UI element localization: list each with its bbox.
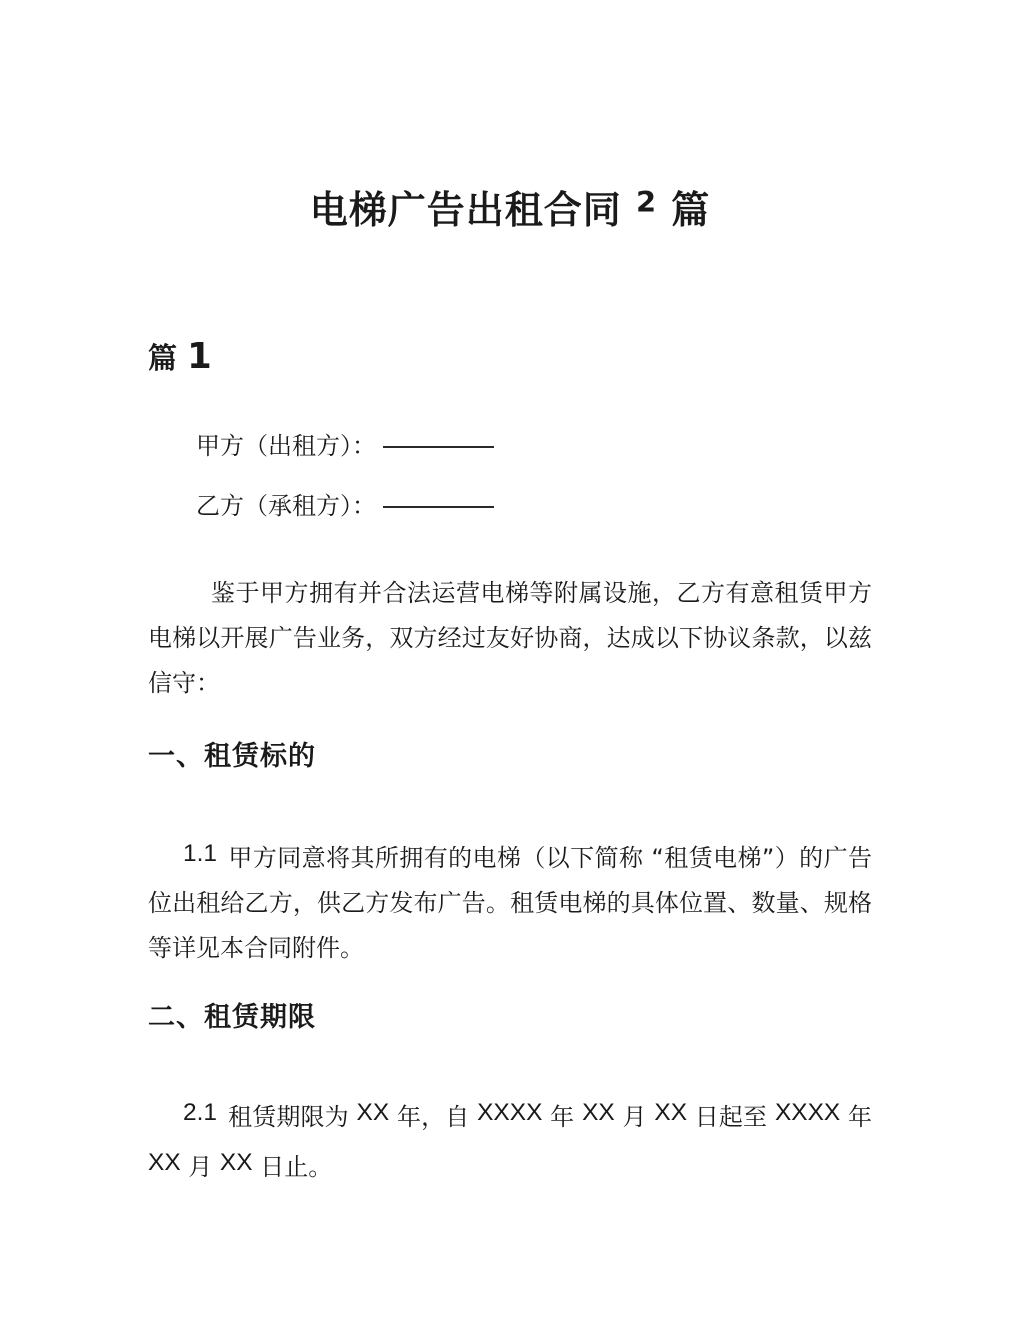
latin-text-run: XXXX	[775, 1099, 840, 1126]
party-line-lessee: 乙方（承租方）：	[196, 490, 494, 522]
section-heading-part-1: 篇 1	[148, 337, 212, 378]
clause-item-1-1: 1.1甲方同意将其所拥有的电梯（以下简称 “租赁电梯”）的广告位出租给乙方，供乙…	[148, 831, 872, 971]
cjk-text-run: 日止。	[253, 1153, 333, 1181]
latin-text-run: XX	[654, 1099, 687, 1126]
cjk-text-run: 年，自	[389, 1103, 477, 1131]
fill-in-blank-line	[383, 436, 494, 448]
latin-text-run: 1	[187, 336, 212, 377]
latin-text-run: XX	[357, 1099, 390, 1126]
clause-text: 甲方同意将其所拥有的电梯（以下简称 “租赁电梯”）的广告位出租给乙方，供乙方发布…	[148, 844, 872, 962]
cjk-text-run: 月	[181, 1153, 220, 1181]
cjk-text-run: 月	[615, 1103, 655, 1131]
latin-text-run: 2	[636, 185, 657, 219]
latin-text-run: XX	[582, 1099, 615, 1126]
cjk-text-run: 甲方同意将其所拥有的电梯（以下简称 “租赁电梯”）的广告位出租给乙方，供乙方发布…	[148, 844, 872, 962]
latin-text-run: XX	[148, 1149, 181, 1176]
document-page: 电梯广告出租合同 2 篇 篇 1 甲方（出租方）： 乙方（承租方）： 鉴于甲方拥…	[0, 0, 1020, 1320]
preamble-paragraph: 鉴于甲方拥有并合法运营电梯等附属设施，乙方有意租赁甲方电梯以开展广告业务，双方经…	[148, 571, 872, 706]
clause-text: 租赁期限为 XX 年，自 XXXX 年 XX 月 XX 日起至 XXXX 年 X…	[148, 1103, 872, 1181]
clause-number: 1.1	[183, 840, 217, 867]
latin-text-run: XXXX	[477, 1099, 542, 1126]
clause-heading-2-term: 二、租赁期限	[148, 1000, 316, 1036]
fill-in-blank-line	[383, 496, 494, 508]
cjk-text-run: 篇	[148, 341, 187, 375]
document-title: 电梯广告出租合同 2 篇	[0, 178, 1020, 234]
party-line-lessor: 甲方（出租方）：	[196, 430, 494, 462]
cjk-text-run: 租赁期限为	[228, 1103, 357, 1131]
party-label-lessor: 甲方（出租方）：	[196, 432, 376, 460]
cjk-text-run: 年	[840, 1103, 872, 1131]
cjk-text-run: 篇	[657, 188, 710, 232]
latin-text-run: XX	[220, 1149, 253, 1176]
party-label-lessee: 乙方（承租方）：	[196, 492, 376, 520]
cjk-text-run: 电梯广告出租合同	[310, 188, 636, 232]
cjk-text-run: 日起至	[687, 1103, 775, 1131]
clause-heading-1-subject: 一、租赁标的	[148, 739, 316, 775]
cjk-text-run: 年	[542, 1103, 582, 1131]
clause-item-2-1: 2.1租赁期限为 XX 年，自 XXXX 年 XX 月 XX 日起至 XXXX …	[148, 1090, 872, 1190]
clause-number: 2.1	[183, 1099, 217, 1126]
